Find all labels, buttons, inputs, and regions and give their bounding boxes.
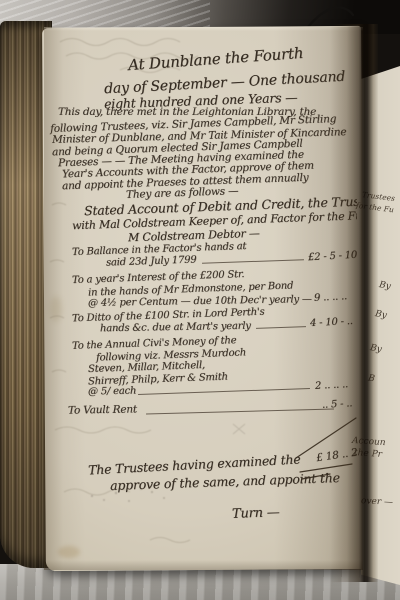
amount: 2 .. .. .. [315,379,349,392]
amount: 9 .. .. .. [314,291,348,304]
facing-fragment: B [367,374,375,385]
facing-page-text-layer: Trustees for the Fu By By By B Accoun th… [348,0,400,600]
entry-line: @ 5/ each [88,386,136,398]
facing-fragment: Accoun [352,436,386,448]
catchword: Turn — [232,505,280,522]
facing-fragment: the Pr [354,448,383,460]
manuscript-text-layer: At Dunblane the Fourth day of September … [0,0,357,600]
entry-line: To Vault Rent [68,403,137,416]
open-book-photo: At Dunblane the Fourth day of September … [0,0,400,600]
amount: 4 - 10 - .. [310,316,353,329]
facing-fragment: By [378,280,391,292]
facing-fragment: By [374,309,387,321]
facing-fragment: over — [361,496,393,508]
facing-fragment: for the Fu [356,201,395,215]
facing-fragment: By [369,343,382,355]
